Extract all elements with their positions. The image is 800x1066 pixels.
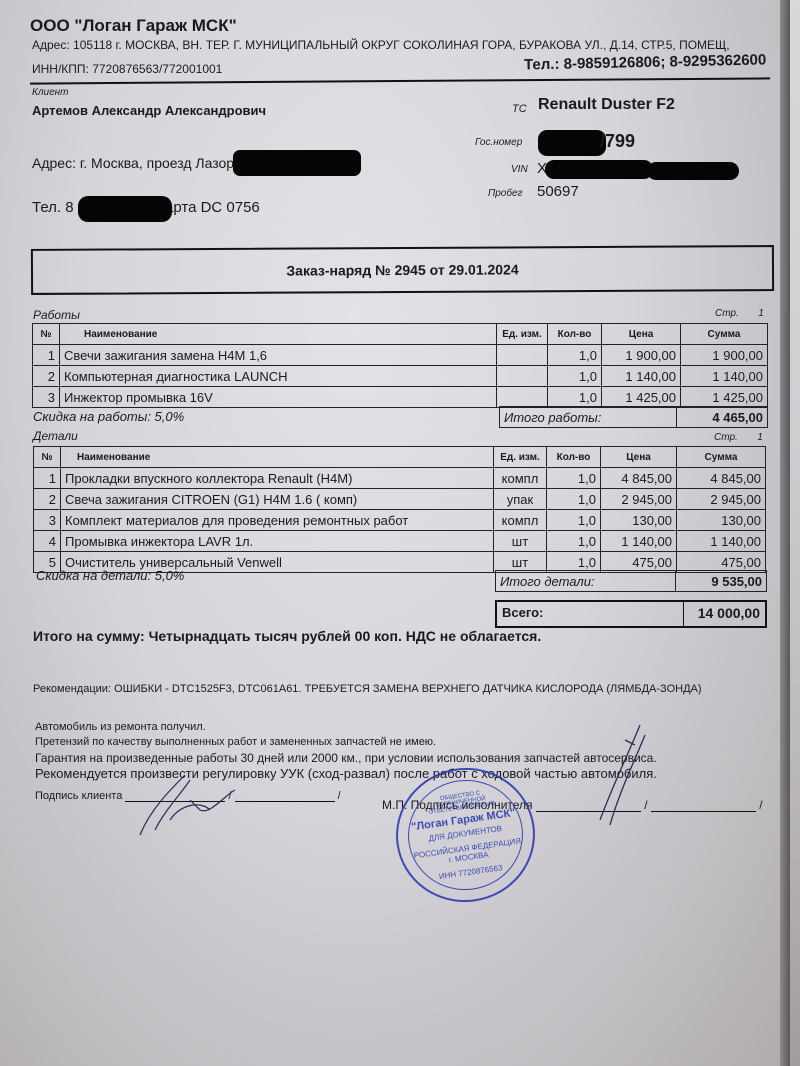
- row-sum: 2 945,00: [677, 489, 766, 510]
- works-total: Итого работы: 4 465,00: [499, 406, 768, 428]
- page-edge: [780, 0, 790, 1066]
- table-row: 1Прокладки впускного коллектора Renault …: [34, 468, 766, 489]
- row-qty: 1,0: [547, 510, 601, 531]
- row-name: Прокладки впускного коллектора Renault (…: [61, 468, 494, 489]
- row-sum: 130,00: [677, 510, 766, 531]
- order-title-box: Заказ-наряд № 2945 от 29.01.2024: [31, 245, 774, 295]
- client-name: Артемов Александр Александрович: [32, 103, 266, 118]
- client-address: Адрес: г. Москва, проезд Лазоре: [32, 155, 242, 171]
- parts-section-label: Детали: [33, 429, 78, 443]
- row-name: Инжектор промывка 16V: [60, 387, 497, 408]
- client-phone-prefix: Тел. 8: [32, 199, 74, 216]
- row-price: 4 845,00: [601, 468, 677, 489]
- executor-name-line: [651, 801, 756, 812]
- client-signature-icon: [130, 770, 240, 840]
- works-page-label: Стр. 1: [715, 308, 764, 319]
- row-qty: 1,0: [547, 531, 601, 552]
- parts-discount: Скидка на детали: 5,0%: [36, 568, 184, 583]
- col-qty: Кол-во: [548, 324, 602, 345]
- table-row: 3Инжектор промывка 16V1,01 425,001 425,0…: [33, 387, 768, 408]
- warranty-text: Гарантия на произведенные работы 30 дней…: [35, 751, 657, 765]
- col-sum: Сумма: [681, 324, 768, 345]
- col-name: Наименование: [60, 324, 497, 345]
- table-row: 3Комплект материалов для проведения ремо…: [34, 510, 766, 531]
- plate-label: Гос.номер: [475, 137, 522, 148]
- parts-total-label: Итого детали:: [496, 571, 676, 592]
- works-section-label: Работы: [33, 308, 80, 322]
- col-qty: Кол-во: [547, 447, 601, 468]
- header-divider: [30, 77, 770, 84]
- row-unit: [497, 387, 548, 408]
- stamp-inner-ring: [401, 773, 530, 898]
- received-text: Автомобиль из ремонта получил.: [35, 721, 206, 733]
- executor-signature-icon: [590, 720, 650, 830]
- parts-table: № Наименование Ед. изм. Кол-во Цена Сумм…: [33, 446, 766, 573]
- row-qty: 1,0: [547, 468, 601, 489]
- company-address: Адрес: 105118 г. МОСКВА, ВН. ТЕР. Г. МУН…: [32, 38, 730, 52]
- page-number: 1: [757, 432, 763, 443]
- parts-total: Итого детали: 9 535,00: [495, 570, 767, 592]
- row-sum: 1 140,00: [681, 366, 768, 387]
- grand-total-box: Всего: 14 000,00: [495, 600, 767, 628]
- table-row: 2Компьютерная диагностика LAUNCH1,01 140…: [33, 366, 768, 387]
- row-number: 4: [34, 531, 61, 552]
- col-name: Наименование: [61, 447, 494, 468]
- col-price: Цена: [601, 447, 677, 468]
- col-number: №: [33, 324, 60, 345]
- vehicle-model: Renault Duster F2: [538, 96, 675, 114]
- row-name: Свеча зажигания CITROEN (G1) H4M 1.6 ( к…: [61, 489, 494, 510]
- row-name: Компьютерная диагностика LAUNCH: [60, 366, 497, 387]
- parts-header-row: № Наименование Ед. изм. Кол-во Цена Сумм…: [34, 447, 766, 468]
- row-price: 1 900,00: [602, 345, 681, 366]
- row-number: 1: [33, 345, 60, 366]
- works-header-row: № Наименование Ед. изм. Кол-во Цена Сумм…: [33, 324, 768, 345]
- row-sum: 4 845,00: [677, 468, 766, 489]
- row-qty: 1,0: [548, 387, 602, 408]
- page-label: Стр.: [714, 432, 738, 443]
- row-qty: 1,0: [548, 345, 602, 366]
- sum-in-words: Итого на сумму: Четырнадцать тысяч рубле…: [33, 628, 541, 644]
- redaction-address: [233, 150, 361, 176]
- row-price: 130,00: [601, 510, 677, 531]
- row-unit: компл: [494, 510, 547, 531]
- row-number: 3: [34, 510, 61, 531]
- page-label: Стр.: [715, 308, 739, 319]
- redaction-plate: [538, 130, 606, 156]
- recommendations: Рекомендации: ОШИБКИ - DTC1525F3, DTC061…: [33, 682, 733, 697]
- works-discount: Скидка на работы: 5,0%: [33, 409, 184, 424]
- redaction-phone: [78, 196, 172, 222]
- client-label: Клиент: [32, 87, 69, 98]
- row-price: 1 425,00: [602, 387, 681, 408]
- col-number: №: [34, 447, 61, 468]
- parts-page-label: Стр. 1: [714, 432, 763, 443]
- redaction-vin-2: [647, 162, 739, 180]
- row-number: 2: [34, 489, 61, 510]
- client-name-line: [235, 791, 335, 802]
- row-price: 2 945,00: [601, 489, 677, 510]
- no-claims-text: Претензий по качеству выполненных работ …: [35, 736, 436, 748]
- row-sum: 1 900,00: [681, 345, 768, 366]
- order-title: Заказ-наряд № 2945 от 29.01.2024: [286, 261, 518, 278]
- advice-text: Рекомендуется произвести регулировку УУК…: [35, 766, 657, 781]
- col-unit: Ед. изм.: [494, 447, 547, 468]
- client-address-text: Адрес: г. Москва, проезд Лазоре: [32, 155, 242, 171]
- table-row: 1Свечи зажигания замена H4M 1,61,01 900,…: [33, 345, 768, 366]
- row-name: Промывка инжектора LAVR 1л.: [61, 531, 494, 552]
- row-unit: упак: [494, 489, 547, 510]
- company-phones: Тел.: 8-9859126806; 8-9295362600: [524, 51, 767, 73]
- page-number: 1: [758, 308, 764, 319]
- works-total-value: 4 465,00: [677, 407, 768, 428]
- table-row: 4Промывка инжектора LAVR 1л.шт1,01 140,0…: [34, 531, 766, 552]
- company-name: ООО "Логан Гараж МСК": [30, 16, 237, 36]
- row-unit: [497, 366, 548, 387]
- slash: /: [759, 798, 762, 812]
- row-unit: компл: [494, 468, 547, 489]
- mileage-value: 50697: [537, 183, 579, 200]
- grand-total-label: Всего:: [497, 602, 684, 626]
- slash: /: [338, 790, 341, 802]
- redaction-vin-1: [545, 160, 653, 179]
- works-table: № Наименование Ед. изм. Кол-во Цена Сумм…: [32, 323, 768, 408]
- works-total-label: Итого работы:: [500, 407, 677, 428]
- grand-total-value: 14 000,00: [684, 602, 765, 626]
- row-number: 3: [33, 387, 60, 408]
- vin-label: VIN: [511, 164, 528, 175]
- plate-value: /799: [600, 131, 635, 152]
- document-page: ООО "Логан Гараж МСК" Адрес: 105118 г. М…: [0, 0, 790, 1066]
- col-unit: Ед. изм.: [497, 324, 548, 345]
- row-sum: 1 425,00: [681, 387, 768, 408]
- table-row: 2Свеча зажигания CITROEN (G1) H4M 1.6 ( …: [34, 489, 766, 510]
- col-price: Цена: [602, 324, 681, 345]
- row-price: 1 140,00: [602, 366, 681, 387]
- row-unit: [497, 345, 548, 366]
- row-qty: 1,0: [548, 366, 602, 387]
- row-name: Комплект материалов для проведения ремон…: [61, 510, 494, 531]
- row-sum: 1 140,00: [677, 531, 766, 552]
- mileage-label: Пробег: [488, 188, 523, 199]
- company-stamp: ОБЩЕСТВО С ОГРАНИЧЕННОЙ ОТВЕТСТВЕННОСТЬЮ…: [387, 759, 543, 911]
- col-sum: Сумма: [677, 447, 766, 468]
- company-inn-kpp: ИНН/КПП: 7720876563/772001001: [32, 62, 222, 76]
- row-number: 2: [33, 366, 60, 387]
- row-unit: шт: [494, 531, 547, 552]
- row-price: 1 140,00: [601, 531, 677, 552]
- row-qty: 1,0: [547, 489, 601, 510]
- row-name: Свечи зажигания замена H4M 1,6: [60, 345, 497, 366]
- parts-total-value: 9 535,00: [676, 571, 767, 592]
- client-sign-label: Подпись клиента: [35, 790, 122, 802]
- row-number: 1: [34, 468, 61, 489]
- vehicle-tc-label: ТС: [512, 103, 527, 115]
